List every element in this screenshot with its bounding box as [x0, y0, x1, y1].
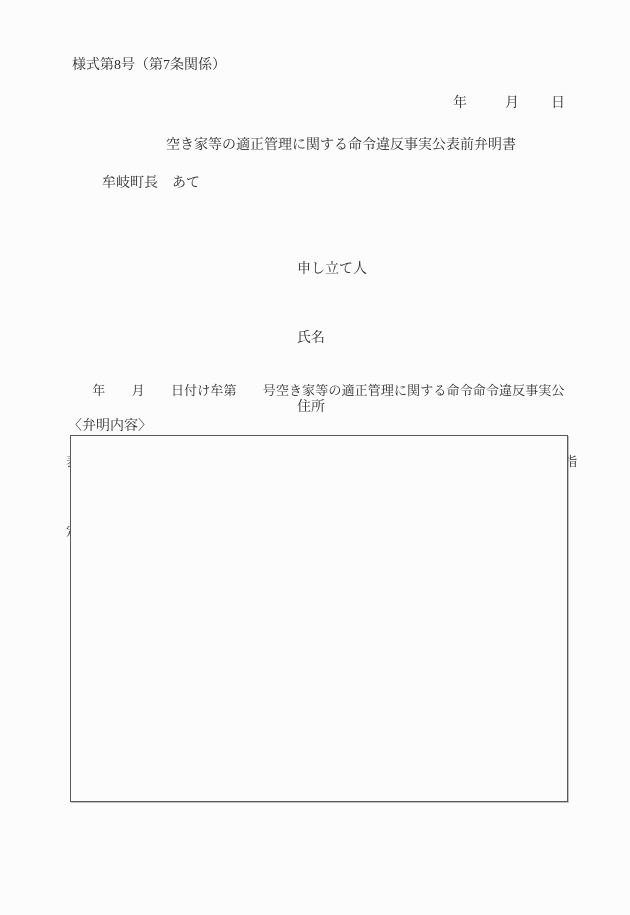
explanation-content-box — [70, 435, 568, 802]
document-page: 様式第8号（第7条関係） 年 月 日 空き家等の適正管理に関する命令違反事実公表… — [0, 0, 630, 915]
form-number: 様式第8号（第7条関係） — [72, 54, 226, 74]
date-year-label: 年 — [453, 92, 467, 112]
date-month-label: 月 — [505, 92, 519, 112]
document-title: 空き家等の適正管理に関する命令違反事実公表前弁明書 — [166, 134, 516, 154]
explanation-label: 〈弁明内容〉 — [68, 415, 152, 435]
applicant-heading: 申し立て人 — [297, 258, 367, 281]
body-line-1: 年 月 日付け牟第 号空き家等の適正管理に関する命令命令違反事実公 — [66, 379, 577, 403]
addressee: 牟岐町長 あて — [102, 172, 200, 192]
date-day-label: 日 — [551, 92, 565, 112]
